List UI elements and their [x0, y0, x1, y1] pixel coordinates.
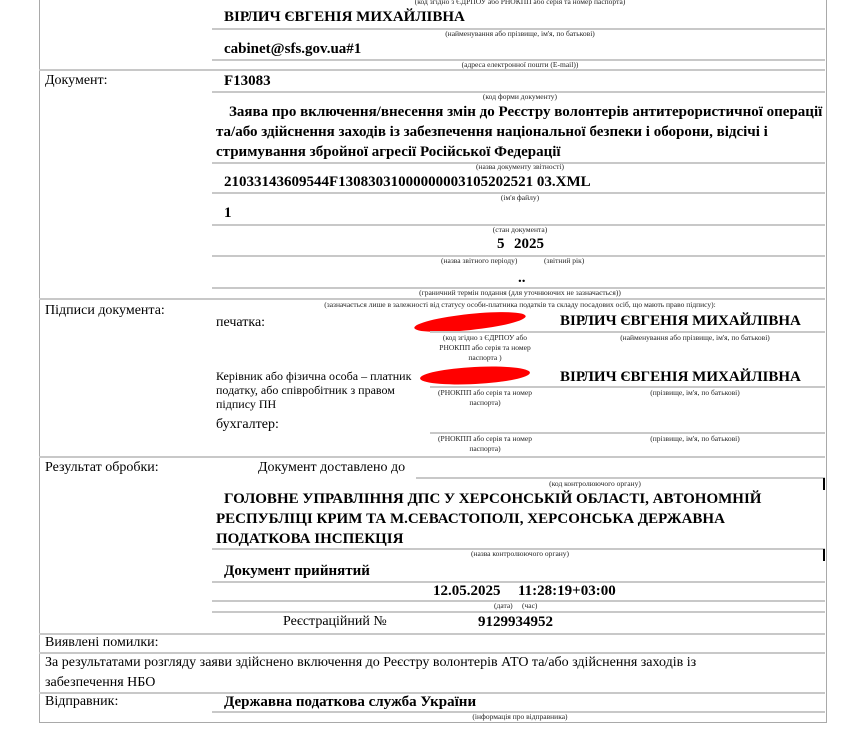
caption-authority-name: (назва контролюючого органу): [215, 549, 825, 558]
reporting-year: 2025: [514, 236, 544, 253]
caption-year: (звітний рік): [544, 256, 584, 265]
accountant-label: бухгалтер:: [216, 417, 279, 433]
caption-sender-name: (найменування або прізвище, ім'я, по бат…: [215, 29, 825, 38]
form-code: F13083: [224, 73, 271, 90]
stamp-name: ВІРЛИЧ ЄВГЕНІЯ МИХАЙЛІВНА: [560, 313, 801, 330]
authority-line-3: ПОДАТКОВА ІНСПЕКЦІЯ: [216, 531, 403, 548]
signatures-label: Підписи документа:: [45, 303, 165, 319]
underline: [212, 255, 825, 257]
authority-line-1: ГОЛОВНЕ УПРАВЛІННЯ ДПС У ХЕРСОНСЬКІЙ ОБЛ…: [224, 491, 761, 508]
caption-deadline: (граничний термін подання (для уточнюючи…: [215, 288, 825, 297]
underline: [212, 611, 825, 613]
caption-authority-code: (код контролюючого органу): [215, 479, 846, 488]
caption-state: (стан документа): [215, 225, 825, 234]
head-caption-code: (РНОКПП або серія та номер паспорта): [425, 388, 545, 408]
underline: [212, 600, 825, 602]
document-title-line-3: стримування збройної агресії Російської …: [216, 144, 561, 161]
head-label: Керівник або фізична особа – платник под…: [216, 369, 411, 411]
caption-period: (назва звітного періоду): [441, 256, 517, 265]
caption-sender: (інформація про відправника): [215, 712, 825, 721]
accepted-date: 12.05.2025: [433, 583, 501, 600]
caption-code-top: (код згідно з ЄДРПОУ або РНОКПП або сері…: [215, 0, 825, 6]
processing-status: Документ прийнятий: [224, 563, 370, 580]
errors-text-line-1: За результатами розгляду заяви здійснено…: [45, 655, 696, 671]
deadline: ..: [518, 270, 526, 287]
accepted-time: 11:28:19+03:00: [518, 583, 616, 600]
caption-document-title: (назва документу звітності): [215, 162, 825, 171]
registration-label: Реєстраційний №: [283, 614, 387, 630]
errors-label: Виявлені помилки:: [45, 635, 159, 651]
row-divider: [39, 652, 825, 654]
stamp-caption-name: (найменування або прізвище, ім'я, по бат…: [585, 333, 805, 342]
caption-email: (адреса електронної пошти (E-mail)): [215, 60, 825, 69]
stamp-label: печатка:: [216, 315, 265, 331]
document-label: Документ:: [45, 73, 108, 89]
sender-email: cabinet@sfs.gov.ua#1: [224, 41, 361, 58]
sender-name: ВІРЛИЧ ЄВГЕНІЯ МИХАЙЛІВНА: [224, 9, 465, 26]
caption-date: (дата): [494, 601, 513, 610]
accountant-caption-code: (РНОКПП або серія та номер паспорта): [425, 434, 545, 454]
errors-text-line-2: забезпечення НБО: [45, 675, 155, 691]
reporting-period: 5: [497, 236, 505, 253]
registration-number: 9129934952: [478, 614, 553, 631]
accountant-caption-name: (прізвище, ім'я, по батькові): [585, 434, 805, 443]
authority-line-2: РЕСПУБЛІЦІ КРИМ ТА М.СЕВАСТОПОЛІ, ХЕРСОН…: [216, 511, 725, 528]
head-caption-name: (прізвище, ім'я, по батькові): [585, 388, 805, 397]
document-title-line-1: Заява про включення/внесення змін до Реє…: [229, 104, 822, 121]
caption-form-code: (код форми документу): [215, 92, 825, 101]
sender-value: Державна податкова служба України: [224, 694, 476, 711]
stamp-caption-code: (код згідно з ЄДРПОУ або РНОКПП або сері…: [425, 333, 545, 363]
caption-time: (час): [522, 601, 537, 610]
signatures-note: (зазначається лише в залежності від стат…: [215, 300, 825, 309]
document-title-line-2: та/або здійснення заходів із забезпеченн…: [216, 124, 768, 141]
head-name: ВІРЛИЧ ЄВГЕНІЯ МИХАЙЛІВНА: [560, 369, 801, 386]
row-divider: [39, 69, 825, 71]
file-name: 21033143609544F1308303100000000310520252…: [224, 174, 591, 191]
delivered-text: Документ доставлено до: [258, 460, 405, 476]
document-state: 1: [224, 205, 232, 222]
caption-file-name: (ім'я файлу): [215, 193, 825, 202]
row-divider: [39, 456, 825, 458]
result-label: Результат обробки:: [45, 460, 159, 476]
sender-label: Відправник:: [45, 694, 118, 710]
